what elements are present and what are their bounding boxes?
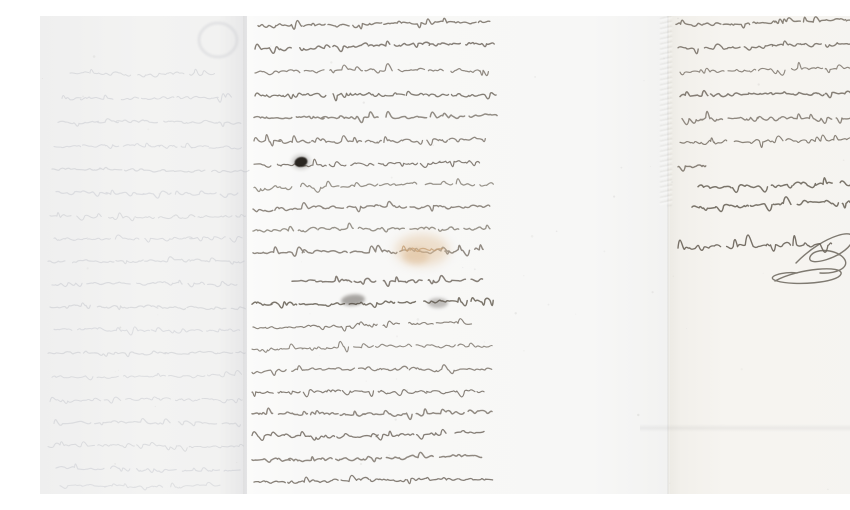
paper-speck: [410, 63, 411, 64]
handwriting-line: [682, 111, 850, 124]
paper-speck: [603, 250, 605, 252]
paper-speck: [147, 128, 149, 130]
paper-speck: [363, 101, 365, 103]
paper-speck: [335, 418, 336, 419]
paper-speck: [474, 268, 476, 270]
handwriting-line: [62, 94, 231, 103]
paper-speck: [763, 273, 764, 274]
signature-rubric: [772, 234, 850, 284]
paper-speck: [484, 342, 485, 343]
handwriting-line: [60, 482, 220, 490]
paper-speck: [366, 381, 367, 382]
paper-speck: [360, 463, 362, 465]
paper-speck: [556, 230, 558, 232]
manuscript-scan: Scanned handwritten Spanish manuscript l…: [40, 16, 850, 494]
paper-speck: [301, 261, 302, 262]
handwriting-line: [48, 351, 245, 357]
handwriting-line: [254, 159, 480, 167]
paper-speck: [114, 463, 116, 465]
handwriting-line: [48, 257, 244, 264]
handwriting-line: [52, 280, 237, 286]
paper-speck: [523, 275, 524, 276]
handwriting-line: [253, 319, 472, 331]
paper-speck: [87, 267, 89, 269]
handwriting-line: [680, 62, 850, 75]
paper-speck: [548, 304, 550, 306]
paper-speck: [575, 314, 576, 315]
handwriting-line: [252, 408, 492, 419]
ink-smudge-2: [428, 298, 448, 308]
handwriting-line: [56, 190, 238, 198]
handwriting-line: [50, 303, 245, 310]
paper-speck: [827, 489, 829, 491]
paper-speck: [643, 80, 644, 81]
paper-speck: [319, 355, 320, 356]
paper-speck: [432, 145, 434, 147]
right-page-handwriting: [676, 17, 850, 252]
handwriting-line: [56, 464, 240, 472]
handwriting-line: [52, 167, 249, 172]
handwriting-line: [678, 165, 706, 171]
paper-speck: [650, 166, 651, 167]
paper-speck: [741, 368, 743, 370]
wax-stain-core: [403, 248, 429, 264]
paper-speck: [523, 350, 525, 352]
handwriting-line: [676, 17, 850, 28]
paper-speck: [669, 483, 670, 484]
paper-speck: [613, 196, 615, 198]
handwriting-line: [254, 135, 485, 146]
paper-speck: [367, 28, 368, 29]
handwriting-line: [54, 235, 242, 242]
paper-speck: [119, 327, 121, 329]
handwriting-line: [252, 365, 492, 375]
handwriting-line: [698, 178, 850, 193]
paper-speck: [515, 312, 517, 314]
handwriting-line: [252, 429, 484, 440]
paper-speck: [309, 313, 310, 314]
paper-speck: [758, 83, 760, 85]
paper-speck: [663, 58, 665, 60]
paper-speck: [42, 78, 43, 79]
paper-speck: [417, 318, 420, 321]
paper-speck: [677, 18, 679, 20]
handwriting-line: [54, 419, 240, 427]
handwriting-line: [258, 18, 490, 29]
seal-ring-mark: [199, 23, 237, 57]
handwriting-line: [252, 452, 482, 462]
handwriting-line: [54, 327, 240, 335]
handwriting-line: [252, 298, 493, 308]
paper-speck: [652, 291, 654, 293]
handwriting-line: [678, 38, 850, 54]
paper-speck: [236, 462, 237, 463]
paper-speck: [270, 45, 272, 47]
paper-speck: [462, 267, 463, 268]
paper-speck: [93, 55, 96, 58]
paper-speck: [534, 76, 536, 78]
paper-speck: [296, 211, 297, 212]
handwriting-line: [48, 442, 244, 451]
center-page-handwriting: [252, 18, 497, 483]
handwriting-line: [292, 276, 483, 287]
handwriting-line: [255, 91, 496, 100]
handwriting-line: [252, 390, 484, 397]
paper-speck: [671, 181, 673, 183]
paper-speck: [396, 378, 397, 379]
paper-speck: [155, 406, 156, 407]
paper-speck: [157, 314, 158, 315]
paper-speck: [118, 370, 119, 371]
handwriting-line: [255, 64, 488, 76]
paper-speck: [686, 328, 687, 329]
ink-smudge: [340, 293, 365, 306]
paper-speck: [531, 235, 534, 238]
paper-speck: [330, 61, 332, 63]
handwriting-line: [254, 112, 497, 123]
handwriting-line: [254, 475, 493, 483]
paper-speck: [620, 167, 622, 169]
handwriting-line: [50, 213, 245, 221]
handwriting-line: [252, 341, 492, 352]
handwriting-svg: [40, 16, 850, 494]
handwriting-line: [253, 202, 490, 212]
handwriting-line: [692, 197, 850, 212]
handwriting-line: [52, 371, 242, 380]
paper-speck: [391, 177, 393, 179]
paper-speck: [115, 371, 116, 372]
paper-speck: [672, 275, 674, 277]
handwriting-line: [70, 69, 215, 77]
handwriting-line: [50, 397, 242, 404]
paper-speck: [395, 418, 397, 420]
left-page-handwriting: [48, 69, 249, 490]
paper-speck: [396, 335, 398, 337]
handwriting-line: [255, 41, 494, 53]
handwriting-line: [678, 235, 832, 252]
handwriting-line: [680, 135, 850, 147]
paper-speck: [843, 159, 845, 161]
handwriting-line: [58, 119, 241, 127]
handwriting-line: [54, 143, 241, 149]
paper-speck: [394, 270, 395, 271]
paper-speck: [82, 96, 84, 98]
paper-speck: [637, 414, 639, 416]
handwriting-line: [680, 88, 850, 98]
handwriting-line: [253, 223, 490, 232]
paper-speck: [388, 454, 390, 456]
handwriting-line: [254, 179, 493, 193]
